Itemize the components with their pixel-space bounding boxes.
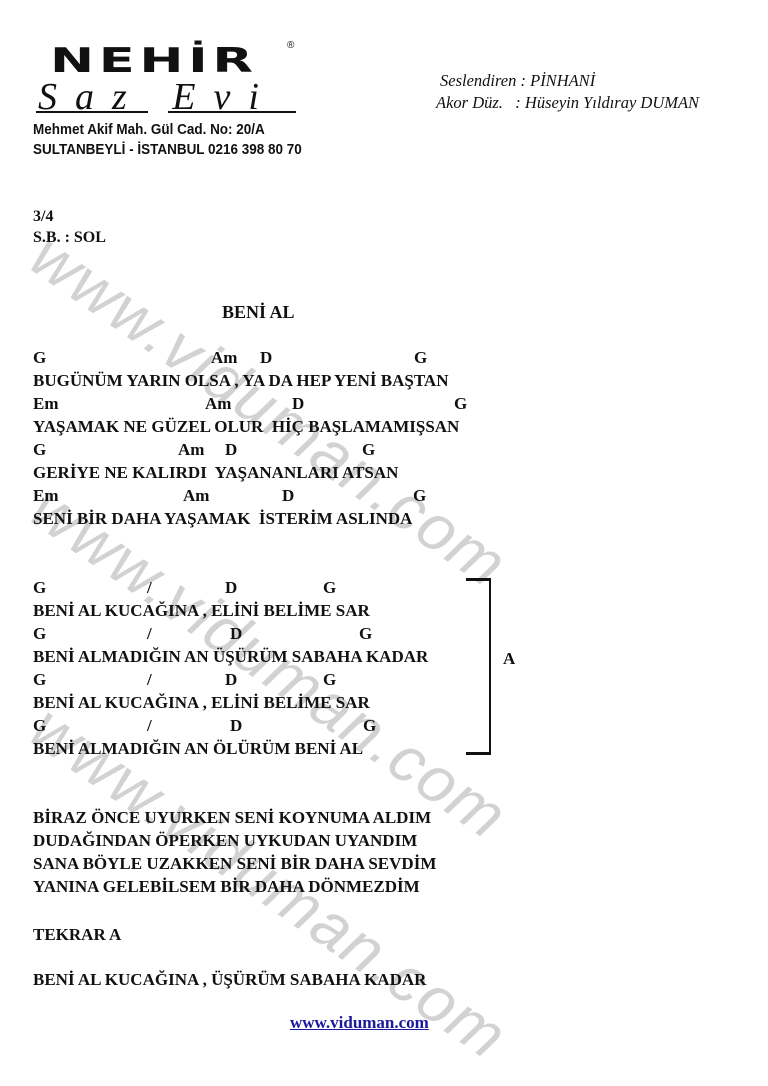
chord: Am bbox=[211, 348, 237, 368]
song-title: BENİ AL bbox=[222, 302, 295, 323]
chord: Am bbox=[205, 394, 231, 414]
chord: D bbox=[282, 486, 294, 506]
performer-credit: Seslendiren : PİNHANİ bbox=[440, 71, 595, 91]
chorus-label: A bbox=[503, 649, 515, 669]
footer-link[interactable]: www.viduman.com bbox=[290, 1013, 429, 1033]
chord: G bbox=[414, 348, 427, 368]
chord: G bbox=[33, 716, 46, 736]
chord: / bbox=[147, 624, 152, 644]
chord: Em bbox=[33, 486, 59, 506]
lyric-line: BUGÜNÜM YARIN OLSA , YA DA HEP YENİ BAŞT… bbox=[33, 371, 448, 391]
chord: / bbox=[147, 716, 152, 736]
chord: D bbox=[260, 348, 272, 368]
chord: G bbox=[323, 670, 336, 690]
chord: G bbox=[33, 440, 46, 460]
chord: D bbox=[225, 578, 237, 598]
lyric-line: YANINA GELEBİLSEM BİR DAHA DÖNMEZDİM bbox=[33, 877, 420, 897]
chorus-bracket-bottom bbox=[466, 752, 491, 755]
chord: Am bbox=[183, 486, 209, 506]
outro-line: BENİ AL KUCAĞINA , ÜŞÜRÜM SABAHA KADAR bbox=[33, 970, 426, 990]
chorus-bracket-top bbox=[466, 578, 491, 581]
chorus-bracket-side bbox=[489, 578, 491, 755]
lyric-line: BENİ AL KUCAĞINA , ELİNİ BELİME SAR bbox=[33, 601, 370, 621]
chord: D bbox=[230, 624, 242, 644]
logo-underline bbox=[168, 111, 296, 113]
repeat-instruction: TEKRAR A bbox=[33, 925, 121, 945]
registered-mark: ® bbox=[287, 40, 294, 51]
chord: D bbox=[225, 440, 237, 460]
lyric-line: SANA BÖYLE UZAKKEN SENİ BİR DAHA SEVDİM bbox=[33, 854, 436, 874]
chord: G bbox=[33, 348, 46, 368]
key-signature: S.B. : SOL bbox=[33, 229, 106, 247]
chord: D bbox=[225, 670, 237, 690]
lyric-line: SENİ BİR DAHA YAŞAMAK İSTERİM ASLINDA bbox=[33, 509, 412, 529]
lyric-line: BENİ ALMADIĞIN AN ÜŞÜRÜM SABAHA KADAR bbox=[33, 647, 428, 667]
chord: G bbox=[363, 716, 376, 736]
brand-logo: NEHİR bbox=[50, 44, 258, 78]
lyric-line: BİRAZ ÖNCE UYURKEN SENİ KOYNUMA ALDIM bbox=[33, 808, 431, 828]
store-address: Mehmet Akif Mah. Gül Cad. No: 20/A bbox=[33, 122, 265, 138]
chord: G bbox=[33, 578, 46, 598]
chord: G bbox=[323, 578, 336, 598]
time-signature: 3/4 bbox=[33, 208, 53, 226]
chord: G bbox=[33, 670, 46, 690]
chord: / bbox=[147, 578, 152, 598]
logo-underline bbox=[36, 111, 148, 113]
store-phone: SULTANBEYLİ - İSTANBUL 0216 398 80 70 bbox=[33, 142, 302, 158]
chord: G bbox=[362, 440, 375, 460]
chord: G bbox=[359, 624, 372, 644]
lyric-line: GERİYE NE KALIRDI YAŞANANLARI ATSAN bbox=[33, 463, 398, 483]
chord: G bbox=[454, 394, 467, 414]
chord: D bbox=[230, 716, 242, 736]
arranger-credit: Akor Düz. : Hüseyin Yıldıray DUMAN bbox=[436, 93, 699, 113]
lyric-line: BENİ ALMADIĞIN AN ÖLÜRÜM BENİ AL bbox=[33, 739, 363, 759]
lyric-line: DUDAĞINDAN ÖPERKEN UYKUDAN UYANDIM bbox=[33, 831, 417, 851]
lyric-line: BENİ AL KUCAĞINA , ELİNİ BELİME SAR bbox=[33, 693, 370, 713]
chord: G bbox=[33, 624, 46, 644]
lyric-line: YAŞAMAK NE GÜZEL OLUR HİÇ BAŞLAMAMIŞSAN bbox=[33, 417, 459, 437]
chord: Am bbox=[178, 440, 204, 460]
chord: / bbox=[147, 670, 152, 690]
chord: D bbox=[292, 394, 304, 414]
chord: G bbox=[413, 486, 426, 506]
chord: Em bbox=[33, 394, 59, 414]
